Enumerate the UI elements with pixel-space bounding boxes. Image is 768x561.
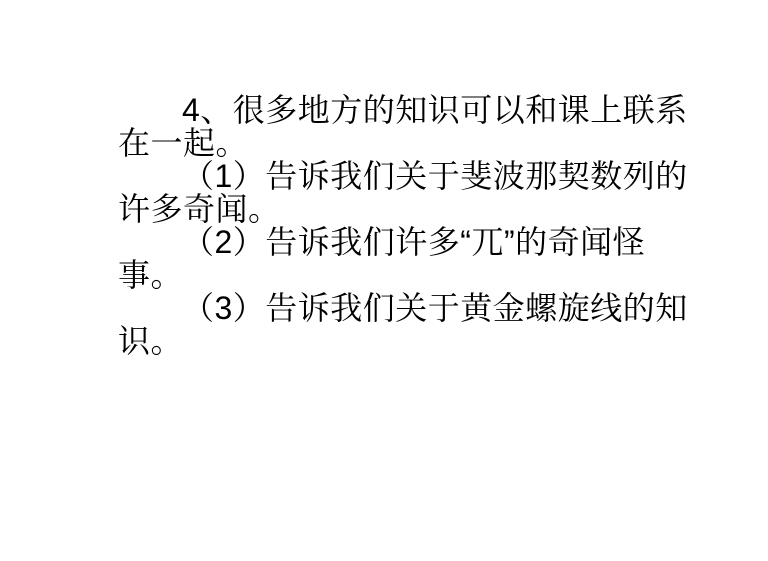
paragraph-1: 4、很多地方的知识可以和课上联系 在一起。 <box>118 94 738 160</box>
slide-text-block: 4、很多地方的知识可以和课上联系 在一起。 （1）告诉我们关于斐波那契数列的 许… <box>118 94 738 358</box>
slide-text-line: 许多奇闻。 <box>118 193 738 226</box>
slide-text-line: （2）告诉我们许多“兀”的奇闻怪 <box>118 226 738 259</box>
slide-text-line: 在一起。 <box>118 127 738 160</box>
paragraph-3: （2）告诉我们许多“兀”的奇闻怪 事。 <box>118 226 738 292</box>
paragraph-2: （1）告诉我们关于斐波那契数列的 许多奇闻。 <box>118 160 738 226</box>
slide-text-line: 4、很多地方的知识可以和课上联系 <box>118 94 738 127</box>
slide-text-line: （3）告诉我们关于黄金螺旋线的知 <box>118 292 738 325</box>
slide-canvas: 4、很多地方的知识可以和课上联系 在一起。 （1）告诉我们关于斐波那契数列的 许… <box>0 0 768 561</box>
paragraph-4: （3）告诉我们关于黄金螺旋线的知 识。 <box>118 292 738 358</box>
slide-text-line: 事。 <box>118 259 738 292</box>
slide-text-line: （1）告诉我们关于斐波那契数列的 <box>118 160 738 193</box>
slide-text-line: 识。 <box>118 325 738 358</box>
